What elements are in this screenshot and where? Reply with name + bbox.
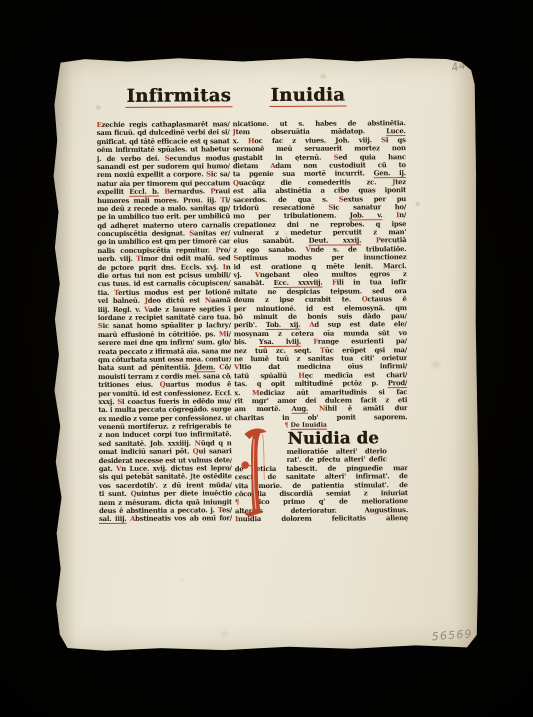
right-column-upper-text: nicatione. ut s. habes de abstinētia.Jte… — [233, 119, 408, 422]
text-column-left: Ezechie regis cathaplasmarēt mas/sam fic… — [97, 120, 232, 524]
chapter-heading: Nuidia de — [287, 428, 407, 448]
folio-number-annotation: 44 — [450, 58, 468, 74]
running-title-invidia: Inuidia — [269, 86, 346, 107]
right-column-text-beside-initial: melioratiōe alteri' dteriorat'. de pfect… — [235, 447, 408, 465]
incunable-leaf: Infirmitas Inuidia 44 Ezechie regis cath… — [51, 55, 480, 653]
accession-number-annotation: 56569 — [431, 627, 473, 643]
photo-background: Infirmitas Inuidia 44 Ezechie regis cath… — [0, 0, 533, 717]
text-column-right: nicatione. ut s. habes de abstinētia.Jte… — [233, 119, 408, 524]
text-line: sal. iiij. Abstineatis vos ab omī for/ — [99, 515, 232, 524]
right-column-lower-text: de leticia tabescit. de pinguedīe marces… — [235, 464, 408, 524]
chapter-heading-row: Nuidia de — [234, 428, 407, 448]
running-title-infirmitas: Infirmitas — [125, 86, 232, 108]
text-line: Inuidia dolorem felicitatis alienę — [235, 514, 408, 523]
